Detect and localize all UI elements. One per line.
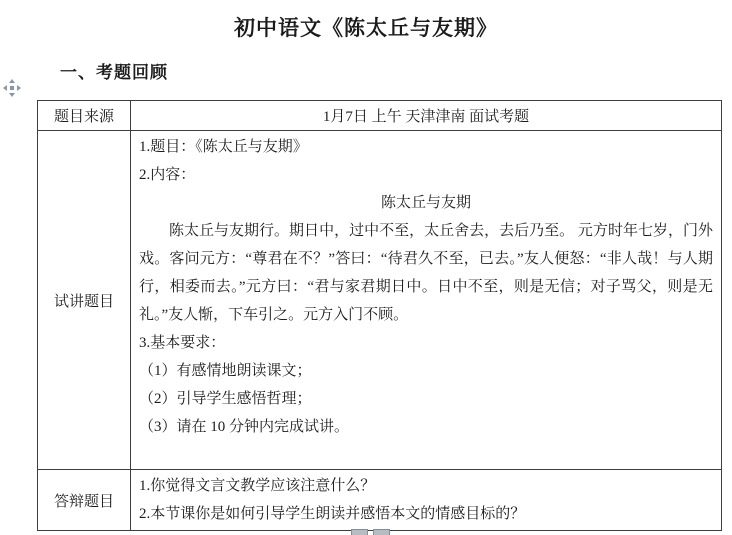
handle-square-left[interactable] [351, 529, 368, 535]
document-page: 初中语文《陈太丘与友期》 一、考题回顾 题目来源 1月7日 上午 天津津南 面试… [0, 0, 732, 535]
exam-source-value: 1月7日 上午 天津津南 面试考题 [131, 101, 722, 131]
table-resize-handle[interactable] [351, 529, 390, 535]
requirement-item-1: （1）有感情地朗读课文； [139, 357, 713, 385]
defense-content-cell: 1.你觉得文言文教学应该注意什么？ 2.本节课你是如何引导学生朗读并感悟本文的情… [131, 470, 722, 531]
row-label-lecture: 试讲题目 [38, 131, 131, 470]
move-arrows-icon [2, 78, 22, 98]
requirements-label: 3.基本要求： [139, 329, 713, 357]
page-title: 初中语文《陈太丘与友期》 [0, 12, 732, 42]
row-label-source: 题目来源 [38, 101, 131, 131]
lecture-content-cell: 1.题目：《陈太丘与友期》 2.内容： 陈太丘与友期 陈太丘与友期行。期日中，过… [131, 131, 722, 470]
section-heading: 一、考题回顾 [60, 58, 168, 83]
table-row-lecture: 试讲题目 1.题目：《陈太丘与友期》 2.内容： 陈太丘与友期 陈太丘与友期行。… [38, 131, 722, 470]
defense-question-1: 1.你觉得文言文教学应该注意什么？ [139, 472, 713, 500]
defense-question-2: 2.本节课你是如何引导学生朗读并感悟本文的情感目标的？ [139, 500, 713, 528]
lecture-content-label: 2.内容： [139, 161, 713, 189]
requirement-item-2: （2）引导学生感悟哲理； [139, 385, 713, 413]
exam-review-table: 题目来源 1月7日 上午 天津津南 面试考题 试讲题目 1.题目：《陈太丘与友期… [37, 100, 722, 531]
requirement-item-3: （3）请在 10 分钟内完成试讲。 [139, 413, 713, 441]
lecture-topic-line: 1.题目：《陈太丘与友期》 [139, 133, 713, 161]
row-label-defense: 答辩题目 [38, 470, 131, 531]
table-row-defense: 答辩题目 1.你觉得文言文教学应该注意什么？ 2.本节课你是如何引导学生朗读并感… [38, 470, 722, 531]
passage-text: 陈太丘与友期行。期日中，过中不至，太丘舍去，去后乃至。 元方时年七岁，门外戏。客… [139, 217, 713, 329]
table-move-handle[interactable] [2, 78, 22, 98]
table-row-source: 题目来源 1月7日 上午 天津津南 面试考题 [38, 101, 722, 131]
handle-square-right[interactable] [373, 529, 390, 535]
passage-title: 陈太丘与友期 [139, 189, 713, 217]
